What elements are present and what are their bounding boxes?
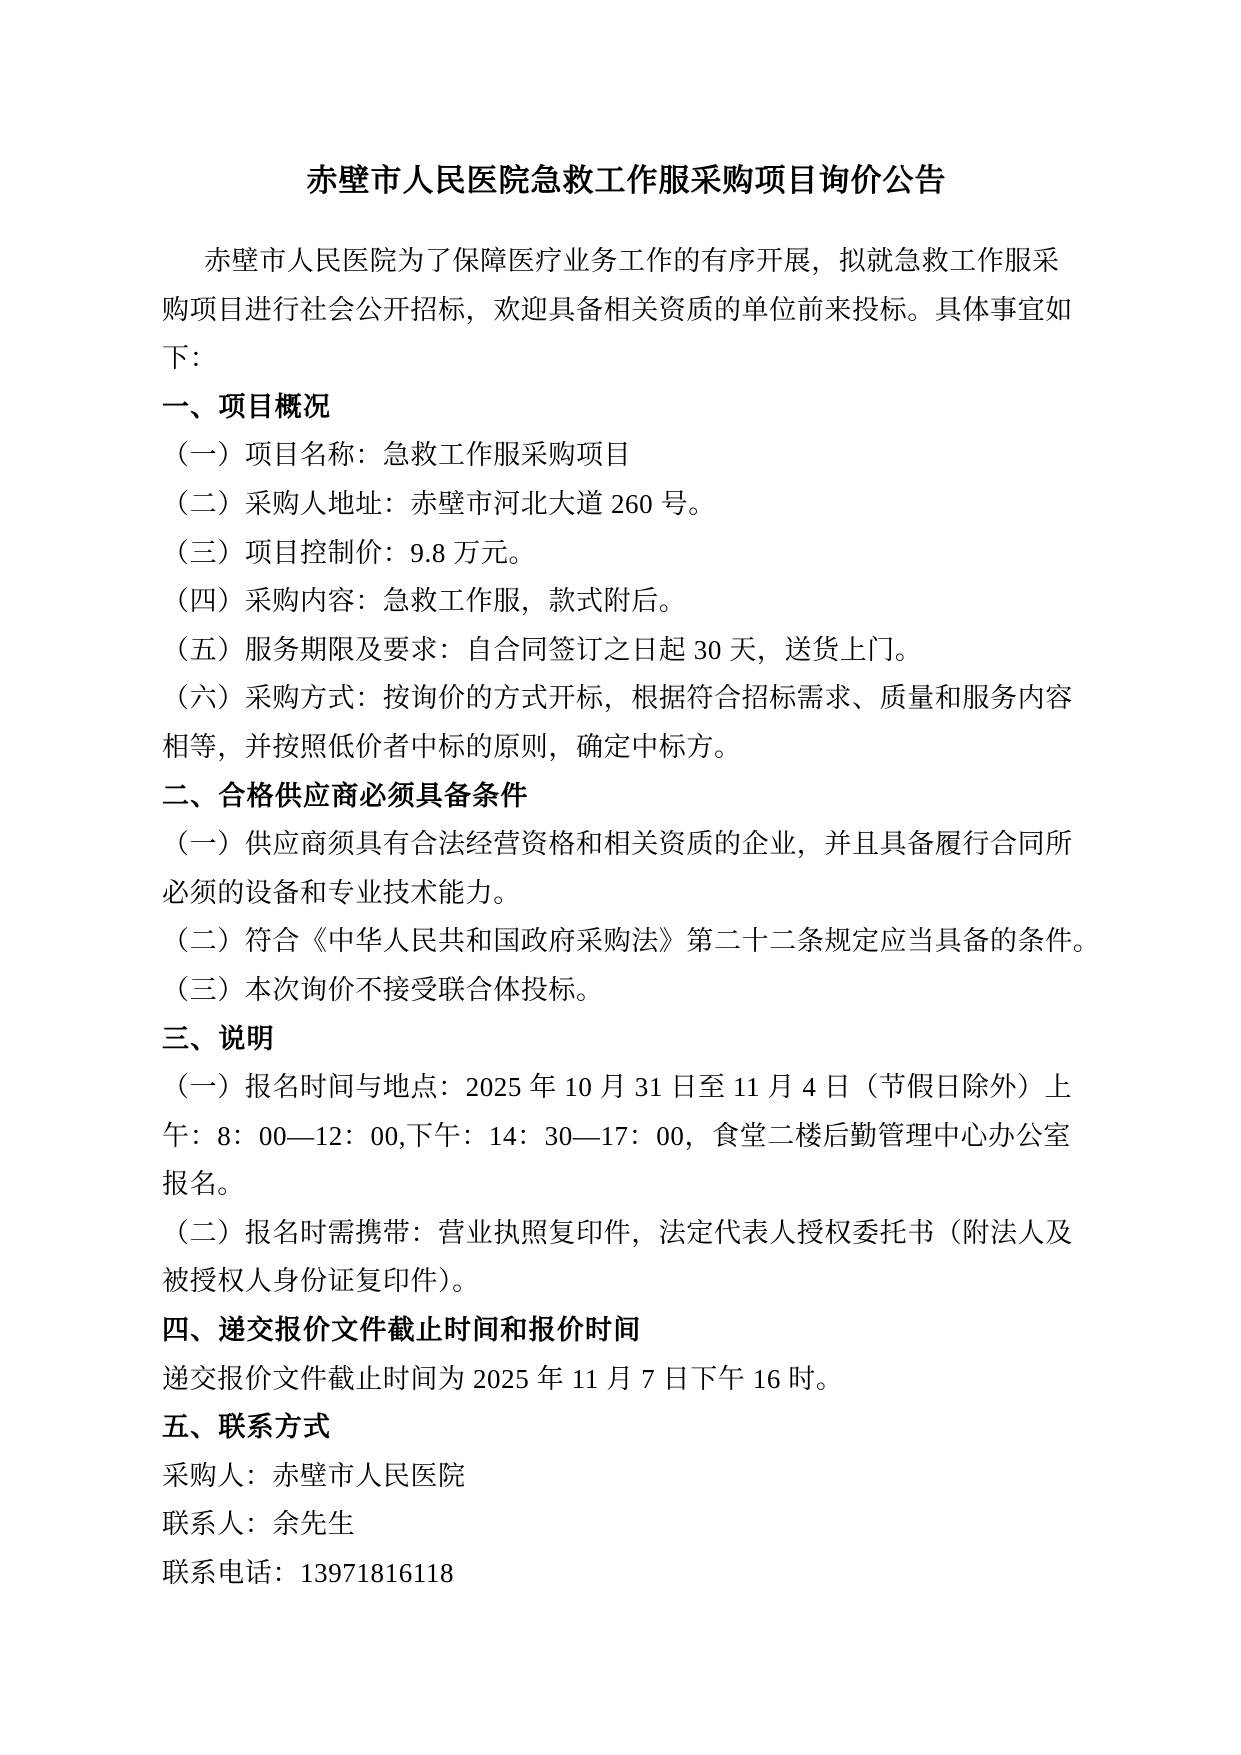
document-page: 赤壁市人民医院急救工作服采购项目询价公告 赤壁市人民医院为了保障医疗业务工作的有…	[0, 0, 1241, 1755]
contact-person-line: 联系人：余先生	[162, 1500, 1091, 1549]
service-period-line: （五）服务期限及要求：自合同签订之日起 30 天，送货上门。	[162, 626, 1091, 675]
announcement-document: 赤壁市人民医院急救工作服采购项目询价公告 赤壁市人民医院为了保障医疗业务工作的有…	[0, 0, 1241, 1598]
deadline-line: 递交报价文件截止时间为 2025 年 11 月 7 日下午 16 时。	[162, 1355, 1091, 1404]
contact-phone-line: 联系电话：13971816118	[162, 1549, 1091, 1598]
purchase-method-line: 相等，并按照低价者中标的原则，确定中标方。	[162, 723, 1091, 772]
document-body: 赤壁市人民医院为了保障医疗业务工作的有序开展，拟就急救工作服采 购项目进行社会公…	[162, 237, 1091, 1598]
purchase-content-line: （四）采购内容：急救工作服，款式附后。	[162, 577, 1091, 626]
intro-line: 购项目进行社会公开招标，欢迎具备相关资质的单位前来投标。具体事宜如	[162, 286, 1091, 335]
registration-materials-line: 被授权人身份证复印件）。	[162, 1257, 1091, 1306]
supplier-qualification-line: （一）供应商须具有合法经营资格和相关资质的企业，并且具备履行合同所	[162, 820, 1091, 869]
procurement-law-line: （二）符合《中华人民共和国政府采购法》第二十二条规定应当具备的条件。	[162, 917, 1091, 966]
purchase-method-line: （六）采购方式：按询价的方式开标，根据符合招标需求、质量和服务内容	[162, 674, 1091, 723]
intro-line: 赤壁市人民医院为了保障医疗业务工作的有序开展，拟就急救工作服采	[162, 237, 1091, 286]
control-price-line: （三）项目控制价：9.8 万元。	[162, 529, 1091, 578]
registration-materials-line: （二）报名时需携带：营业执照复印件，法定代表人授权委托书（附法人及	[162, 1209, 1091, 1258]
intro-line: 下：	[162, 334, 1091, 383]
no-consortium-line: （三）本次询价不接受联合体投标。	[162, 966, 1091, 1015]
registration-time-line: （一）报名时间与地点：2025 年 10 月 31 日至 11 月 4 日（节假…	[162, 1063, 1091, 1112]
registration-time-line: 报名。	[162, 1160, 1091, 1209]
purchaser-address-line: （二）采购人地址：赤壁市河北大道 260 号。	[162, 480, 1091, 529]
supplier-qualification-line: 必须的设备和专业技术能力。	[162, 869, 1091, 918]
section-heading-supplier-requirements: 二、合格供应商必须具备条件	[162, 772, 1091, 821]
project-name-line: （一）项目名称：急救工作服采购项目	[162, 431, 1091, 480]
registration-time-line: 午：8：00—12：00,下午：14：30—17：00，食堂二楼后勤管理中心办公…	[162, 1112, 1091, 1161]
section-heading-deadline: 四、递交报价文件截止时间和报价时间	[162, 1306, 1091, 1355]
document-title: 赤壁市人民医院急救工作服采购项目询价公告	[162, 0, 1091, 201]
section-heading-notes: 三、说明	[162, 1015, 1091, 1064]
section-heading-contact: 五、联系方式	[162, 1403, 1091, 1452]
purchaser-line: 采购人：赤壁市人民医院	[162, 1452, 1091, 1501]
section-heading-project-overview: 一、项目概况	[162, 383, 1091, 432]
